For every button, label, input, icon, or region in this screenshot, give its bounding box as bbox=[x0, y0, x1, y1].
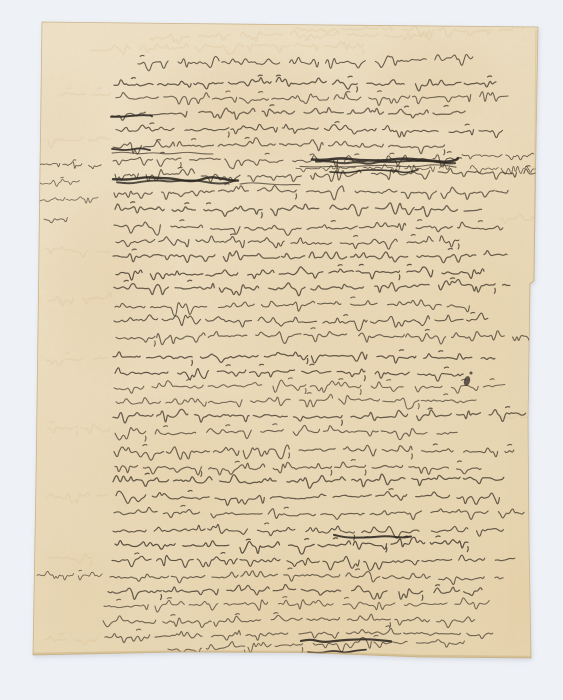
manuscript-page-svg bbox=[0, 0, 563, 700]
manuscript-photo: Photograph of a single handwritten manus… bbox=[0, 0, 563, 700]
ink-blot bbox=[470, 372, 473, 375]
